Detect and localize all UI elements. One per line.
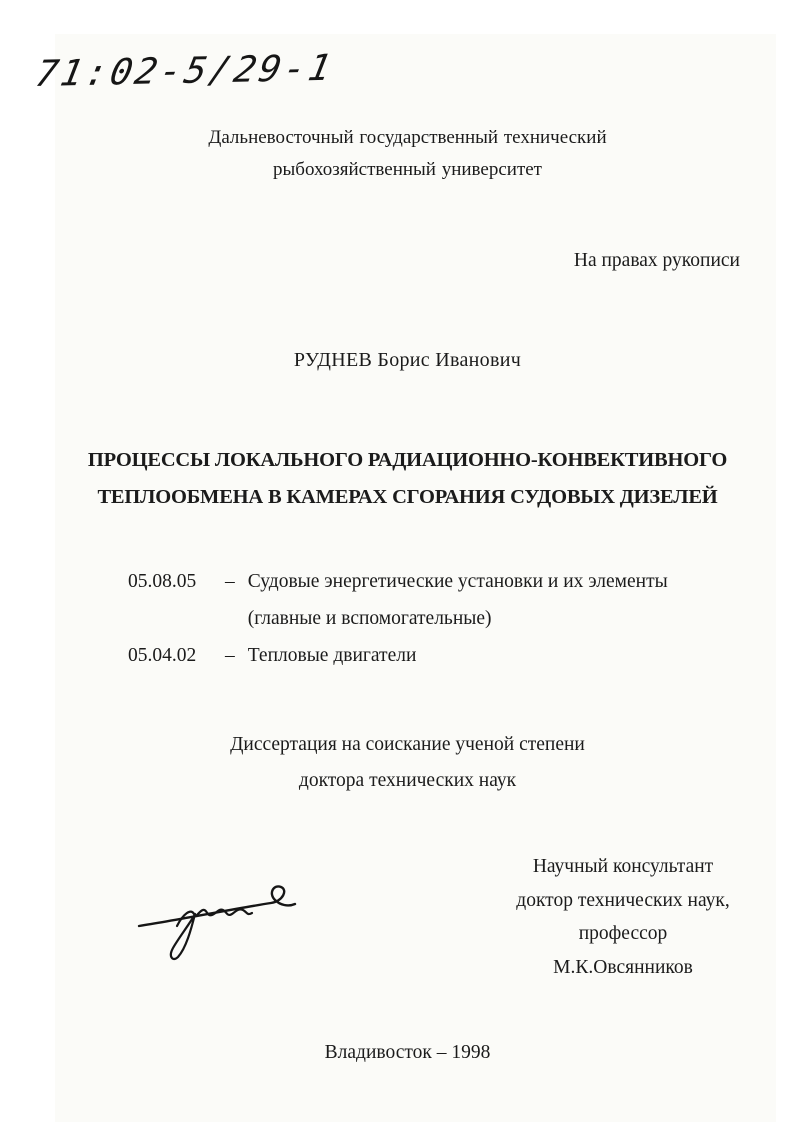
degree-statement: Диссертация на соискание ученой степени … [30,727,785,799]
specialty-name: Судовые энергетические установки и их эл… [248,563,668,637]
consultant-degree: доктор технических наук, [492,884,754,918]
specialty-code: 05.08.05 [128,563,212,600]
specialty-name: Тепловые двигатели [248,637,417,674]
consultant-block: Научный консультант доктор технических н… [492,850,754,984]
degree-statement-line1: Диссертация на соискание ученой степени [30,727,785,763]
specialty-row: 05.08.05 – Судовые энергетические устано… [128,563,668,637]
specialty-name-line1: Судовые энергетические установки и их эл… [248,571,668,592]
consultant-name: М.К.Овсянников [492,951,754,985]
signature-scribble-image [133,860,338,968]
dissertation-title-line1: ПРОЦЕССЫ ЛОКАЛЬНОГО РАДИАЦИОННО-КОНВЕКТИ… [30,442,785,479]
dissertation-title: ПРОЦЕССЫ ЛОКАЛЬНОГО РАДИАЦИОННО-КОНВЕКТИ… [30,442,785,516]
specialty-separator-dash: – [225,563,235,600]
specialty-row: 05.04.02 – Тепловые двигатели [128,637,668,674]
dissertation-title-line2: ТЕПЛООБМЕНА В КАМЕРАХ СГОРАНИЯ СУДОВЫХ Д… [30,479,785,516]
city-and-year: Владивосток – 1998 [30,1042,785,1064]
specialty-code: 05.04.02 [128,637,212,674]
university-name-line2: рыбохозяйственный университет [30,154,785,186]
manuscript-rights-note: На правах рукописи [574,250,740,272]
specialty-separator-dash: – [225,637,235,674]
consultant-role: Научный консультант [492,850,754,884]
consultant-rank: профессор [492,917,754,951]
dissertation-title-page: 71:02-5/29-1 Дальневосточный государстве… [0,0,793,1122]
specialty-list: 05.08.05 – Судовые энергетические устано… [128,563,668,674]
specialty-name-line2: (главные и вспомогательные) [248,608,492,629]
degree-statement-line2: доктора технических наук [30,763,785,799]
handwritten-catalog-number: 71:02-5/29-1 [32,48,337,95]
university-name: Дальневосточный государственный техничес… [30,122,785,186]
university-name-line1: Дальневосточный государственный техничес… [30,122,785,154]
author-name: РУДНЕВ Борис Иванович [30,349,785,372]
